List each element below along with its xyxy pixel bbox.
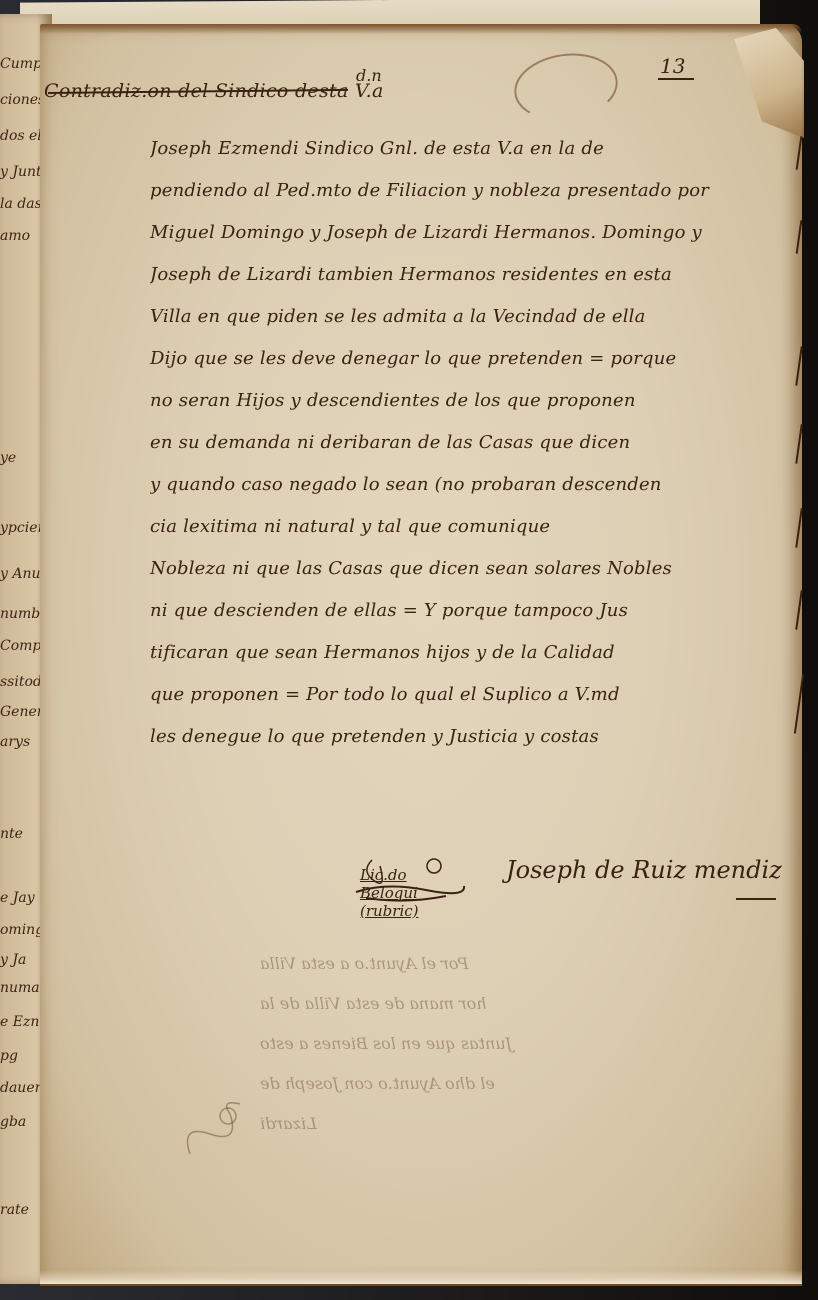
bleed-line: Lizardi (260, 1104, 680, 1144)
bleed-line: Juntas que en los Bienes a esto (260, 1024, 680, 1064)
text-line: Joseph Ezmendi Sindico Gnl. de esta V.a … (150, 128, 770, 170)
manuscript-photo: Cump. ciones dos el y Junta la das amo y… (0, 0, 818, 1300)
bleed-through-text: Por el Ayunt.o a esta Villa hor mana de … (260, 944, 680, 1144)
ink-stain (510, 47, 622, 127)
text-line: Miguel Domingo y Joseph de Lizardi Herma… (150, 212, 770, 254)
bleed-line: el dho Ayunt.o con Joseph de (260, 1064, 680, 1104)
torn-corner (734, 28, 804, 138)
text-line: les denegue lo que pretenden y Justicia … (150, 716, 770, 758)
bleed-flourish-icon (180, 1094, 260, 1164)
bleed-line: Por el Ayunt.o a esta Villa (260, 944, 680, 984)
body-text: Joseph Ezmendi Sindico Gnl. de esta V.a … (150, 128, 770, 758)
signature-block: Lic.do Beloqui (rubric) Joseph de Ruiz m… (336, 842, 796, 922)
line-fill-stroke (795, 508, 803, 548)
signature-2: Joseph de Ruiz mendiz (506, 856, 782, 884)
line-fill-stroke (796, 136, 803, 170)
line-fill-stroke (795, 590, 803, 630)
text-line: que proponen = Por todo lo qual el Supli… (150, 674, 770, 716)
line-fill-stroke (795, 346, 803, 386)
text-line: no seran Hijos y descendientes de los qu… (150, 380, 770, 422)
signature-1-name: Lic.do Beloqui (rubric) (360, 866, 466, 920)
text-line: cia lexitima ni natural y tal que comuni… (150, 506, 770, 548)
text-line: Dijo que se les deve denegar lo que pret… (150, 338, 770, 380)
text-line: Joseph de Lizardi tambien Hermanos resid… (150, 254, 770, 296)
text-line: en su demanda ni deribaran de las Casas … (150, 422, 770, 464)
text-line: y quando caso negado lo sean (no probara… (150, 464, 770, 506)
text-line: Villa en que piden se les admita a la Ve… (150, 296, 770, 338)
heading-suffix: d.n (356, 66, 382, 85)
text-line: tificaran que sean Hermanos hijos y de l… (150, 632, 770, 674)
folio-underline (658, 78, 694, 80)
text-line: Nobleza ni que las Casas que dicen sean … (150, 548, 770, 590)
text-line: pendiendo al Ped.mto de Filiacion y nobl… (150, 170, 770, 212)
folio-number: 13 (660, 54, 685, 78)
line-fill-stroke (796, 220, 803, 254)
bleed-line: hor mana de esta Villa de la (260, 984, 680, 1024)
text-line: ni que descienden de ellas = Y porque ta… (150, 590, 770, 632)
signature-2-underline (736, 898, 776, 900)
line-fill-stroke (794, 674, 804, 734)
signature-1: Lic.do Beloqui (rubric) (346, 852, 466, 902)
line-fill-stroke (795, 424, 803, 464)
manuscript-page: Contradiz.on del Sindico desta V.a d.n 1… (40, 24, 802, 1286)
